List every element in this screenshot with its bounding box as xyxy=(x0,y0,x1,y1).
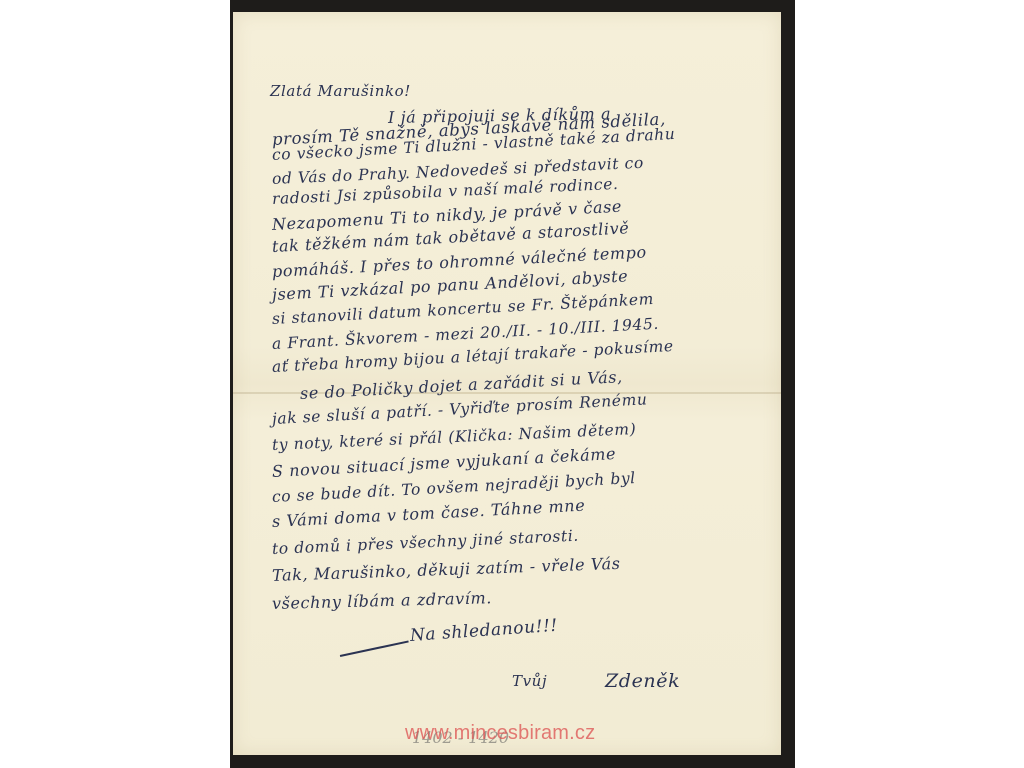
watermark: www.mincesbiram.cz xyxy=(405,722,595,745)
signature-prefix: Tvůj xyxy=(512,672,547,690)
salutation: Zlatá Marušinko! xyxy=(270,82,411,100)
signature: Zdeněk xyxy=(605,670,680,692)
